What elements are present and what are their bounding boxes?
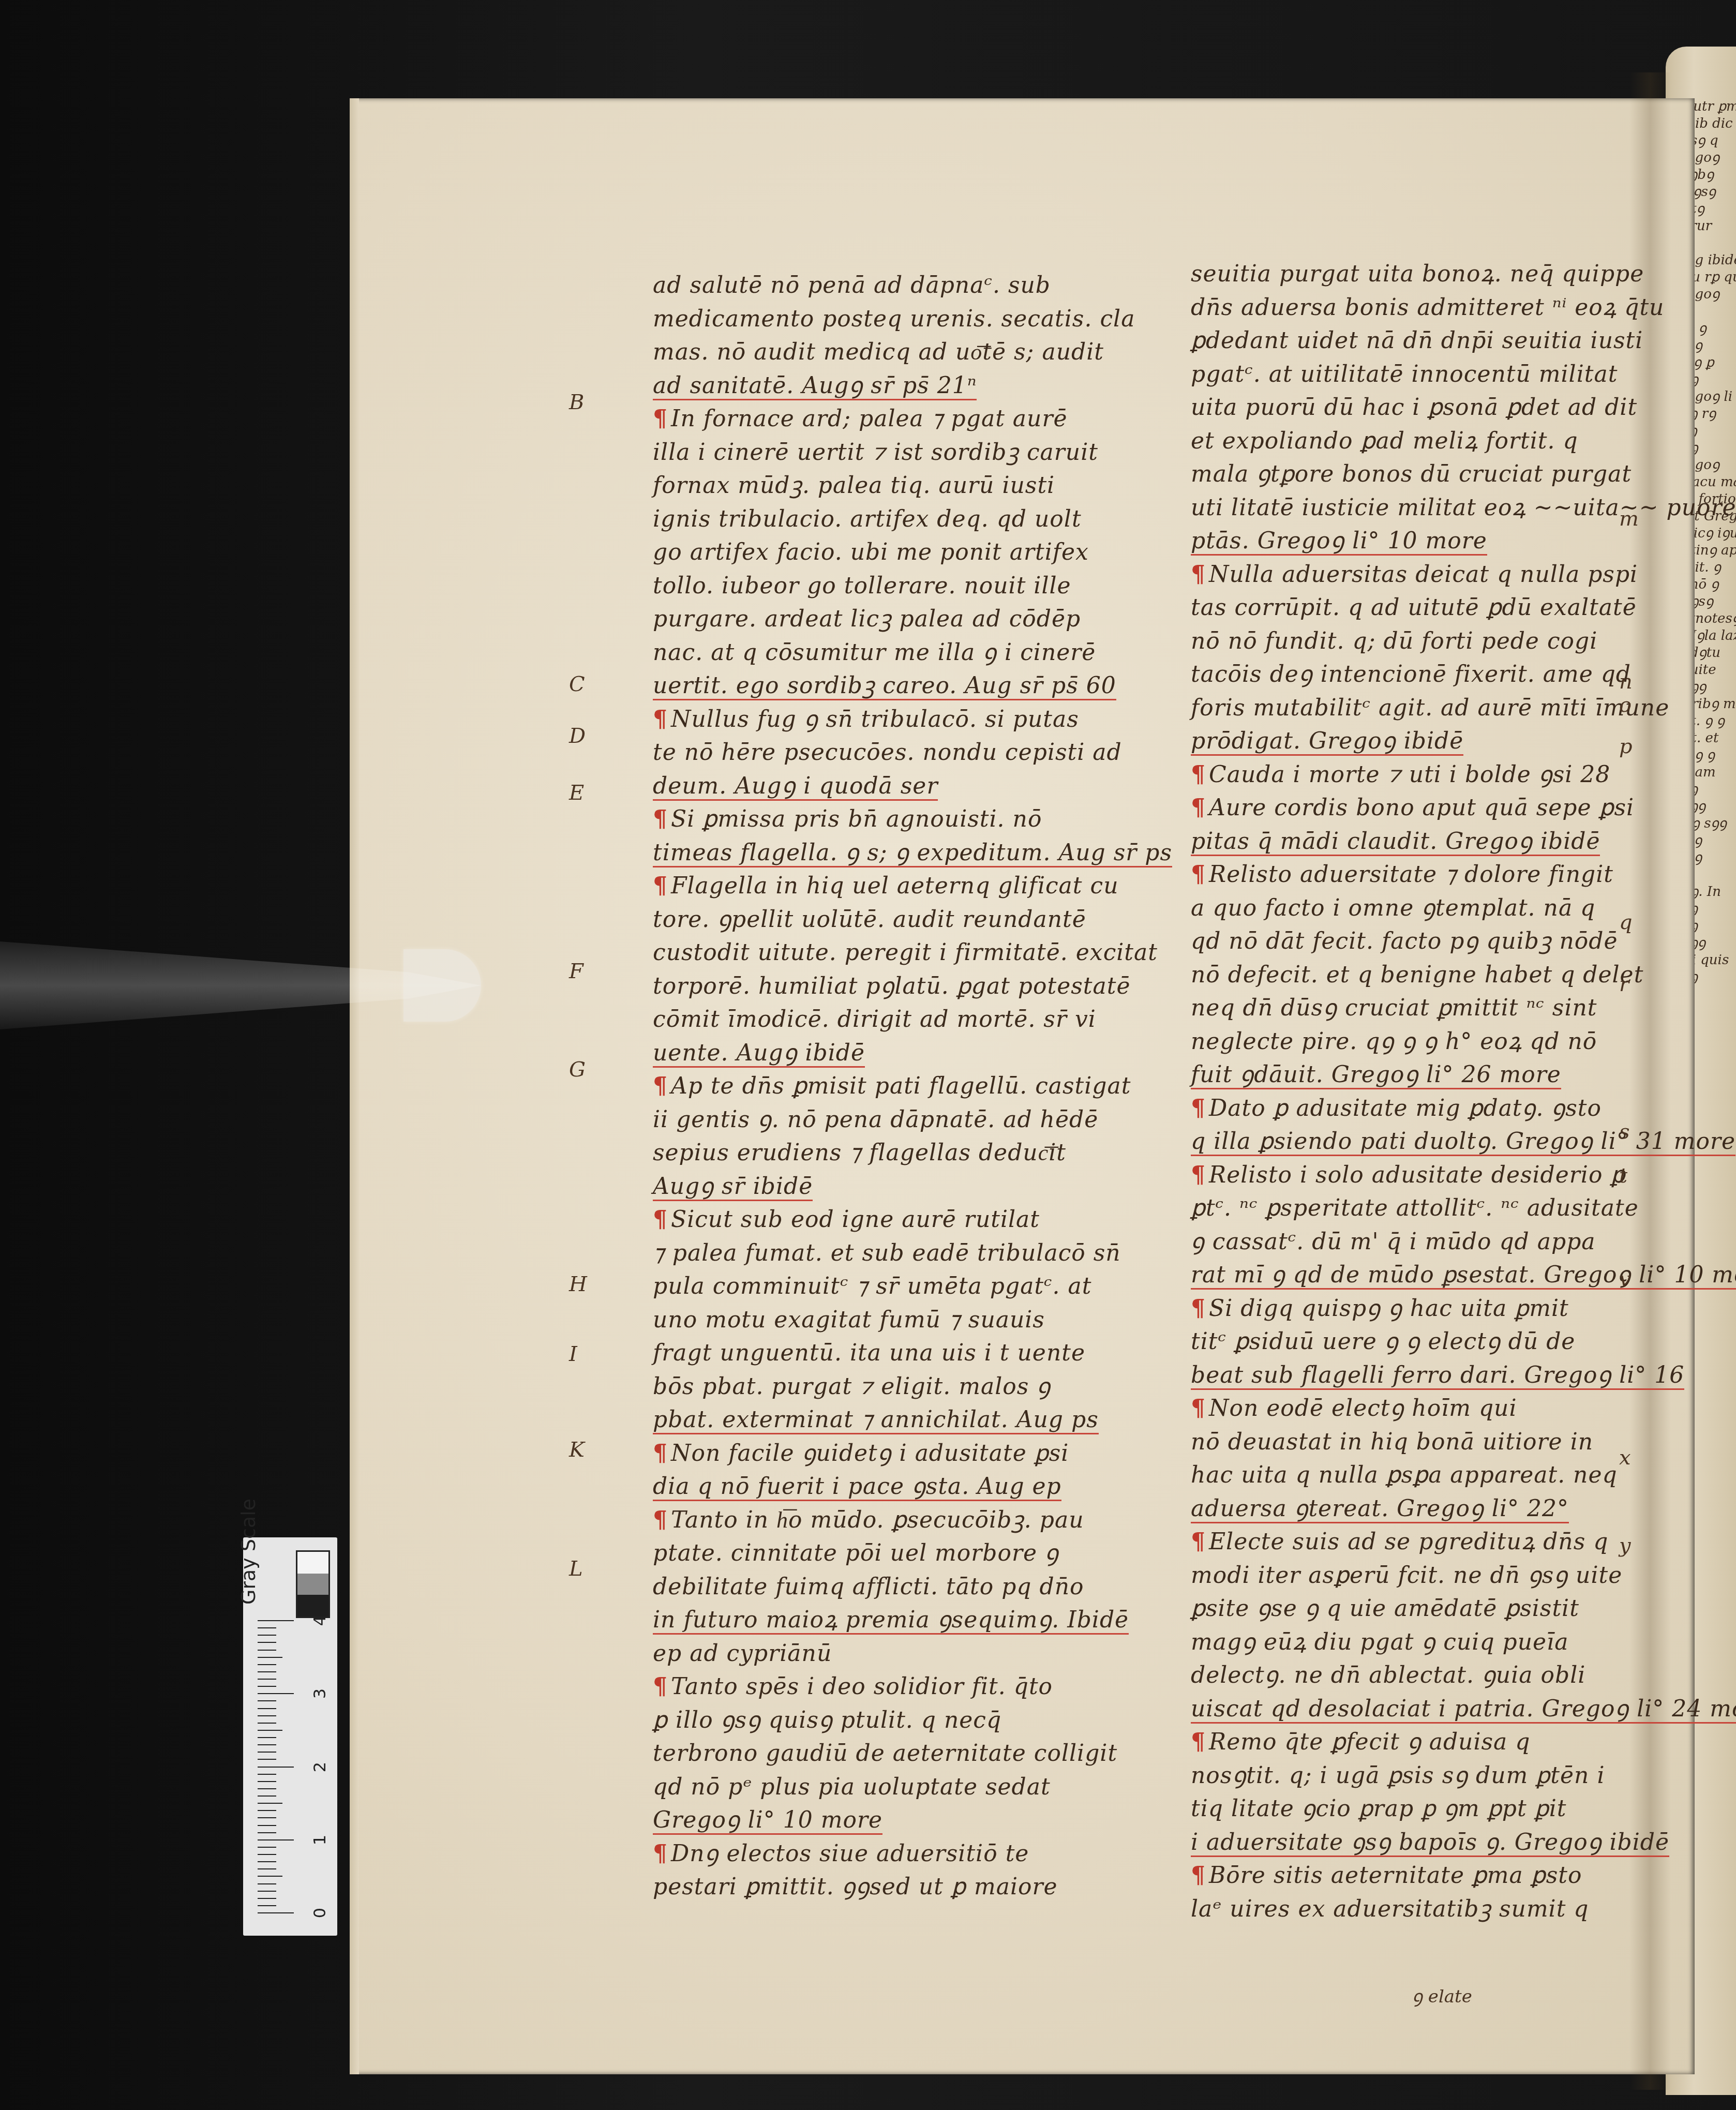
ruler-tick <box>258 1905 276 1906</box>
text-line: ¶Non facile ꝯuidetꝯ i adusitate ꝑsi <box>653 1437 1172 1471</box>
line-text: fornax mūdꝫ. palea tiq. aurū iusti <box>653 472 1055 499</box>
text-line: aduersa ꝯtereat. Gregoꝯ li° 22° <box>1191 1492 1736 1526</box>
text-line: custodit uitute. peregit i firmitatē. ex… <box>653 936 1172 970</box>
text-line: go artifex facio. ubi me ponit artifex <box>653 536 1172 570</box>
ruler-tick <box>258 1767 294 1768</box>
page-holder-tip <box>403 949 481 1022</box>
line-text: Remo q̄te ꝑfecit ꝯ aduisa q <box>1209 1729 1530 1755</box>
line-text: Gregoꝯ li° 10 more <box>653 1807 882 1835</box>
text-line: a quo facto i omne ꝯtemplat. nā q <box>1191 892 1736 925</box>
text-line: deum. Augꝯ i quodā ser <box>653 770 1172 803</box>
line-text: Ap te dn̄s ꝑmisit pati flagellū. castiga… <box>671 1073 1131 1099</box>
text-line: nac. at q cōsumitur me illa ꝯ i cinerē <box>653 636 1172 670</box>
line-text: delectꝯ. ne dn̄ ablectat. ꝯuia obli <box>1191 1662 1585 1688</box>
line-text: uertit. ego sordibꝫ careo. Aug sr̄ ps̄ 6… <box>653 672 1116 700</box>
line-text: illa i cinerē uertit ⁊ ist sordibꝫ carui… <box>653 439 1098 466</box>
text-line: ¶Dato ꝑ adusitate mig ꝑdatꝯ. ꝯsto <box>1191 1092 1736 1126</box>
line-text: Cauda i morte ⁊ uti i bolde ꝯsi 28 <box>1209 761 1610 788</box>
margin-index-letter: o <box>1619 693 1632 717</box>
text-line: q illa ꝑsiendo pati duoltꝯ. Gregoꝯ li° 3… <box>1191 1125 1736 1159</box>
ruler-number: 3 <box>310 1688 330 1699</box>
line-text: fragt unguentū. ita una uis i t uente <box>653 1340 1085 1366</box>
line-text: Nullus fug ꝯ sn̄ tribulacō. si putas <box>671 706 1079 732</box>
text-line: fragt unguentū. ita una uis i t uente <box>653 1337 1172 1370</box>
text-line: titᶜ ꝑsiduū uere ꝯ ꝯ electꝯ dū de <box>1191 1325 1736 1359</box>
text-line: ¶Si ꝑmissa pris bn̄ agnouisti. nō <box>653 803 1172 836</box>
gray-swatches <box>296 1550 330 1618</box>
line-text: Tanto spēs i deo solidior fit. q̄to <box>671 1673 1053 1700</box>
ruler-tick <box>258 1817 276 1818</box>
line-text: Tanto in h͞o mūdo. ꝑsecucōibꝫ. pau <box>671 1507 1084 1533</box>
line-text: uno motu exagitat fumū ⁊ suauis <box>653 1307 1045 1333</box>
text-line: debilitate fuimq afflicti. tāto pq dn̄o <box>653 1570 1172 1604</box>
line-text: q illa ꝑsiendo pati duoltꝯ. Gregoꝯ li° 3… <box>1191 1128 1735 1156</box>
text-line: ¶Electe suis ad se pgredituꝝ dn̄s q <box>1191 1525 1736 1559</box>
ruler-tick <box>258 1832 276 1833</box>
ruler-tick <box>258 1759 276 1760</box>
line-text: sepius erudiens ⁊ flagellas deduc͞it <box>653 1140 1066 1166</box>
text-line: ¶Relisto i solo adusitate desiderio ꝑ <box>1191 1159 1736 1192</box>
line-text: custodit uitute. peregit i firmitatē. ex… <box>653 939 1158 966</box>
rubric-paragraph-mark: ¶ <box>653 1673 668 1700</box>
ruler-ticks: 01234 <box>258 1620 309 1915</box>
rubric-paragraph-mark: ¶ <box>1191 861 1206 888</box>
text-line: beat sub flagelli ferro dari. Gregoꝯ li°… <box>1191 1359 1736 1393</box>
ruler-tick <box>258 1708 276 1709</box>
line-text: Sicut sub eod igne aurē rutilat <box>671 1206 1040 1233</box>
line-text: Non eodē electꝯ hoīm qui <box>1209 1395 1517 1421</box>
ruler-tick <box>258 1912 294 1913</box>
text-line: Augꝯ sr̄ ibidē <box>653 1170 1172 1204</box>
line-text: nac. at q cōsumitur me illa ꝯ i cinerē <box>653 639 1096 666</box>
line-text: fuit ꝯdāuit. Gregoꝯ li° 26 more <box>1191 1061 1561 1089</box>
line-text: pitas q̄ mādi claudit. Gregoꝯ ibidē <box>1191 828 1600 856</box>
line-text: tiq litate ꝯcio ꝑrap ꝑ ꝯm ꝑpt ꝑit <box>1191 1795 1566 1822</box>
text-line: ꝑsite ꝯse ꝯ q uie amēdatē ꝑsistit <box>1191 1592 1736 1626</box>
margin-index-letter: F <box>569 960 583 983</box>
line-text: Dato ꝑ adusitate mig ꝑdatꝯ. ꝯsto <box>1209 1095 1602 1121</box>
text-line: nosꝯtit. q; i ugā ꝑsis sꝯ dum ꝑtēn i <box>1191 1759 1736 1793</box>
text-line: torporē. humiliat pꝯlatū. ꝑgat potestatē <box>653 970 1172 1004</box>
ruler-tick <box>258 1635 276 1636</box>
line-text: magꝯ eūꝝ diu pgat ꝯ cuiq pueīa <box>1191 1629 1568 1655</box>
text-line: ptate. cinnitate pōi uel morbore ꝯ <box>653 1537 1172 1570</box>
line-text: te nō hēre psecucōes. nondu cepisti ad <box>653 739 1122 766</box>
line-text: Si digq quispꝯ ꝯ hac uita ꝑmit <box>1209 1295 1569 1322</box>
line-text: uita puorū dū hac i ꝑsonā ꝑdet ad dit <box>1191 394 1637 421</box>
line-text: tacōis deꝯ intencionē fixerit. ame qd <box>1191 661 1631 687</box>
text-line: delectꝯ. ne dn̄ ablectat. ꝯuia obli <box>1191 1659 1736 1693</box>
text-line: i aduersitate ꝯsꝯ bapoīs ꝯ. Gregoꝯ ibidē <box>1191 1826 1736 1860</box>
text-line: ad salutē nō penā ad dāpnaᶜ. sub <box>653 269 1172 303</box>
line-text: mas. nō audit medicq ad uo͞tē s; audit <box>653 339 1104 365</box>
line-text: rat mī ꝯ qd de mūdo ꝑsestat. Gregoꝯ li° … <box>1191 1262 1736 1290</box>
text-line: dia q nō fuerit i pace ꝯsta. Aug ep <box>653 1470 1172 1504</box>
ruler-tick <box>258 1715 276 1716</box>
ruler-tick <box>258 1620 294 1621</box>
line-text: ꝑdedant uidet nā dn̄ dnp̄i seuitia iusti <box>1191 327 1643 354</box>
line-text: Electe suis ad se pgredituꝝ dn̄s q <box>1209 1529 1608 1555</box>
line-text: Si ꝑmissa pris bn̄ agnouisti. nō <box>671 806 1042 832</box>
text-line: timeas flagella. ꝯ s; ꝯ expeditum. Aug s… <box>653 836 1172 870</box>
text-line: ¶Bōre sitis aeternitate ꝑma ꝑsto <box>1191 1859 1736 1893</box>
line-text: uente. Augꝯ ibidē <box>653 1040 865 1068</box>
ruler-number: 2 <box>310 1761 330 1772</box>
text-line: sepius erudiens ⁊ flagellas deduc͞it <box>653 1136 1172 1170</box>
rubric-paragraph-mark: ¶ <box>653 406 668 432</box>
margin-index-letter: s <box>1619 1120 1630 1144</box>
text-line: mala ꝯtꝑore bonos dū cruciat purgat <box>1191 458 1736 491</box>
margin-index-letter: q <box>1619 910 1633 934</box>
margin-index-letter: K <box>569 1438 585 1462</box>
text-line: purgare. ardeat licꝫ palea ad cōdēp <box>653 603 1172 636</box>
ruler-tick <box>258 1723 276 1724</box>
text-line: ¶Nullus fug ꝯ sn̄ tribulacō. si putas <box>653 703 1172 737</box>
text-line: rat mī ꝯ qd de mūdo ꝑsestat. Gregoꝯ li° … <box>1191 1259 1736 1292</box>
ruler-tick <box>258 1650 276 1651</box>
line-text: Aure cordis bono aput quā sepe ꝑsi <box>1209 795 1634 821</box>
rubric-paragraph-mark: ¶ <box>1191 1095 1206 1121</box>
line-text: ꝑsite ꝯse ꝯ q uie amēdatē ꝑsistit <box>1191 1595 1579 1622</box>
line-text: uti litatē iusticie militat eoꝝ ~~uita~~… <box>1191 495 1736 521</box>
text-line: te nō hēre psecucōes. nondu cepisti ad <box>653 736 1172 770</box>
text-line: tas corrūpit. q ad uitutē ꝑdū exaltatē <box>1191 591 1736 625</box>
line-text: aduersa ꝯtereat. Gregoꝯ li° 22° <box>1191 1495 1569 1523</box>
rubric-paragraph-mark: ¶ <box>1191 1162 1206 1188</box>
line-text: pestari ꝑmittit. ꝯꝯsed ut ꝑ maiore <box>653 1874 1058 1900</box>
ruler-tick <box>258 1883 276 1884</box>
text-line: modi iter asꝑerū fcit. ne dn̄ ꝯsꝯ uite <box>1191 1559 1736 1593</box>
line-text: ad salutē nō penā ad dāpnaᶜ. sub <box>653 272 1051 298</box>
text-line: ¶Tanto spēs i deo solidior fit. q̄to <box>653 1670 1172 1704</box>
line-text: et expoliando ꝑad meliꝝ fortit. q <box>1191 428 1578 454</box>
line-text: purgare. ardeat licꝫ palea ad cōdēp <box>653 606 1081 632</box>
ruler-number: 1 <box>310 1835 330 1845</box>
line-text: ꝑtᶜ. ⁿᶜ ꝑsperitate attollitᶜ. ⁿᶜ adusita… <box>1191 1195 1639 1221</box>
rubric-paragraph-mark: ¶ <box>1191 1862 1206 1889</box>
text-line: ¶Sicut sub eod igne aurē rutilat <box>653 1203 1172 1237</box>
text-line: foris mutabilitᶜ agit. ad aurē mīti īmun… <box>1191 692 1736 725</box>
ruler-tick <box>258 1664 276 1665</box>
rubric-paragraph-mark: ¶ <box>1191 1395 1206 1421</box>
text-line: in futuro maioꝝ premia ꝯsequimꝯ. Ibidē <box>653 1604 1172 1637</box>
text-line: ¶In fornace ard; palea ⁊ pgat aurē <box>653 402 1172 436</box>
line-text: ii gentis ꝯ. nō pena dāpnatē. ad hēdē <box>653 1106 1098 1133</box>
rubric-paragraph-mark: ¶ <box>653 873 668 899</box>
text-line: pgatᶜ. at uitilitatē innocentū militat <box>1191 358 1736 392</box>
black-swatch <box>297 1595 328 1617</box>
text-line: ¶Dnꝯ electos siue aduersitiō te <box>653 1837 1172 1871</box>
margin-index-letter: y <box>1619 1534 1631 1558</box>
margin-index-letter: B <box>569 391 584 414</box>
text-line: seuitia purgat uita bonoꝝ. neq̄ quippe <box>1191 258 1736 291</box>
rubric-paragraph-mark: ¶ <box>653 706 668 732</box>
ruler-tick <box>258 1693 294 1694</box>
line-text: ad sanitatē. Augꝯ sr̄ ps̄ 21ⁿ <box>653 372 977 400</box>
rubric-paragraph-mark: ¶ <box>1191 1295 1206 1322</box>
line-text: neglecte pire. qꝯ ꝯ ꝯ h° eoꝝ qd nō <box>1191 1028 1597 1055</box>
line-text: ꝯ cassatᶜ. dū m' q̄ i mūdo qd appa <box>1191 1229 1596 1255</box>
line-text: nō deuastat in hiq bonā uitiore in <box>1191 1429 1593 1455</box>
ruler-tick <box>258 1642 276 1643</box>
text-line: uti litatē iusticie militat eoꝝ ~~uita~~… <box>1191 491 1736 525</box>
text-line: terbrono gaudiū de aeternitate colligit <box>653 1737 1172 1771</box>
text-line: illa i cinerē uertit ⁊ ist sordibꝫ carui… <box>653 436 1172 470</box>
text-line: uita puorū dū hac i ꝑsonā ꝑdet ad dit <box>1191 391 1736 425</box>
line-text: titᶜ ꝑsiduū uere ꝯ ꝯ electꝯ dū de <box>1191 1328 1575 1355</box>
rubric-paragraph-mark: ¶ <box>653 1840 668 1867</box>
text-line: uertit. ego sordibꝫ careo. Aug sr̄ ps̄ 6… <box>653 669 1172 703</box>
text-line: ¶Remo q̄te ꝑfecit ꝯ aduisa q <box>1191 1726 1736 1759</box>
rubric-paragraph-mark: ¶ <box>653 1073 668 1099</box>
rubric-paragraph-mark: ¶ <box>653 1440 668 1466</box>
line-text: ⁊ palea fumat. et sub eadē tribulacō sn̄ <box>653 1240 1121 1266</box>
line-text: ꝑ illo ꝯsꝯ quisꝯ ptulit. q necq̄ <box>653 1707 1001 1733</box>
ruler-tick <box>258 1657 282 1658</box>
text-line: uiscat qd desolaciat i patria. Gregoꝯ li… <box>1191 1693 1736 1726</box>
line-text: Non facile ꝯuidetꝯ i adusitate ꝑsi <box>671 1440 1069 1466</box>
text-line: ad sanitatē. Augꝯ sr̄ ps̄ 21ⁿ <box>653 369 1172 403</box>
catchword: ꝯ elate <box>1412 1984 1472 2008</box>
margin-index-letter: H <box>569 1273 587 1296</box>
line-text: ep ad cypriānū <box>653 1640 832 1667</box>
ruler-tick <box>258 1854 276 1855</box>
ruler-number: 0 <box>310 1908 330 1918</box>
margin-index-letter: t <box>1619 1164 1627 1188</box>
margin-index-letter: E <box>569 781 584 805</box>
line-text: neq dn̄ dūsꝯ cruciat ꝑmittit ⁿᶜ sint <box>1191 995 1597 1021</box>
line-text: dia q nō fuerit i pace ꝯsta. Aug ep <box>653 1473 1061 1501</box>
line-text: timeas flagella. ꝯ s; ꝯ expeditum. Aug s… <box>653 840 1172 867</box>
text-line: mas. nō audit medicq ad uo͞tē s; audit <box>653 336 1172 369</box>
line-text: tore. ꝯpellit uolūtē. audit reundantē <box>653 906 1086 933</box>
text-line: ¶Non eodē electꝯ hoīm qui <box>1191 1392 1736 1426</box>
line-text: pbat. exterminat ⁊ annichilat. Aug ps <box>653 1406 1099 1434</box>
line-text: Nulla aduersitas deicat q nulla pspi <box>1209 561 1638 588</box>
line-text: terbrono gaudiū de aeternitate colligit <box>653 1740 1117 1767</box>
text-line: pula comminuitᶜ ⁊ sr̄ umēta pgatᶜ. at <box>653 1270 1172 1304</box>
line-text: modi iter asꝑerū fcit. ne dn̄ ꝯsꝯ uite <box>1191 1562 1622 1589</box>
text-line: tacōis deꝯ intencionē fixerit. ame qd <box>1191 658 1736 692</box>
ruler-number: 4 <box>310 1615 330 1626</box>
margin-index-letter: m <box>1619 507 1639 531</box>
ruler-tick <box>258 1839 294 1840</box>
text-line: qd nō dāt fecit. facto pꝯ quibꝫ nōdē <box>1191 925 1736 959</box>
margin-index-letter: I <box>569 1342 577 1366</box>
text-line: ⁊ palea fumat. et sub eadē tribulacō sn̄ <box>653 1237 1172 1270</box>
text-line: medicamento posteq urenis. secatis. cla <box>653 303 1172 336</box>
text-line: ¶Si digq quispꝯ ꝯ hac uita ꝑmit <box>1191 1292 1736 1326</box>
line-text: i aduersitate ꝯsꝯ bapoīs ꝯ. Gregoꝯ ibidē <box>1191 1829 1669 1857</box>
line-text: ptate. cinnitate pōi uel morbore ꝯ <box>653 1540 1059 1566</box>
text-line: nō nō fundit. q; dū forti pede cogi <box>1191 625 1736 659</box>
line-text: uiscat qd desolaciat i patria. Gregoꝯ li… <box>1191 1696 1736 1724</box>
ruler-tick <box>258 1868 276 1869</box>
line-text: seuitia purgat uita bonoꝝ. neq̄ quippe <box>1191 261 1644 287</box>
text-line: laᵉ uires ex aduersitatibꝫ sumit q <box>1191 1893 1736 1926</box>
line-text: debilitate fuimq afflicti. tāto pq dn̄o <box>653 1574 1084 1600</box>
line-text: In fornace ard; palea ⁊ pgat aurē <box>671 406 1067 432</box>
rubric-paragraph-mark: ¶ <box>653 1206 668 1233</box>
leaf-edge <box>350 98 359 2074</box>
line-text: tas corrūpit. q ad uitutē ꝑdū exaltatē <box>1191 594 1637 621</box>
line-text: Bōre sitis aeternitate ꝑma ꝑsto <box>1209 1862 1582 1889</box>
line-text: ptās. Gregoꝯ li° 10 more <box>1191 528 1487 556</box>
text-line: fuit ꝯdāuit. Gregoꝯ li° 26 more <box>1191 1058 1736 1092</box>
line-text: in futuro maioꝝ premia ꝯsequimꝯ. Ibidē <box>653 1607 1129 1635</box>
text-line: ¶Aure cordis bono aput quā sepe ꝑsi <box>1191 791 1736 825</box>
text-line: prōdigat. Gregoꝯ ibidē <box>1191 725 1736 758</box>
ruler-tick <box>258 1744 276 1745</box>
line-text: prōdigat. Gregoꝯ ibidē <box>1191 728 1463 756</box>
text-line: magꝯ eūꝝ diu pgat ꝯ cuiq pueīa <box>1191 1626 1736 1659</box>
ruler-tick <box>258 1730 282 1731</box>
margin-index-letter: p <box>1619 735 1633 758</box>
text-line: et expoliando ꝑad meliꝝ fortit. q <box>1191 425 1736 458</box>
ruler-tick <box>258 1825 276 1826</box>
ruler-tick <box>258 1810 276 1811</box>
rubric-paragraph-mark: ¶ <box>1191 561 1206 588</box>
text-line: Gregoꝯ li° 10 more <box>653 1804 1172 1837</box>
line-text: Flagella in hiq uel aeternq glificat cu <box>671 873 1119 899</box>
line-text: laᵉ uires ex aduersitatibꝫ sumit q <box>1191 1896 1589 1922</box>
line-text: cōmit īmodicē. dirigit ad mortē. sr̄ vi <box>653 1006 1096 1032</box>
ruler-tick <box>258 1861 276 1862</box>
text-line: ptās. Gregoꝯ li° 10 more <box>1191 525 1736 558</box>
ruler-tick <box>258 1898 276 1899</box>
text-line: pbat. exterminat ⁊ annichilat. Aug ps <box>653 1403 1172 1437</box>
ruler-tick <box>258 1679 276 1680</box>
text-line: cōmit īmodicē. dirigit ad mortē. sr̄ vi <box>653 1003 1172 1037</box>
text-line: ꝯ cassatᶜ. dū m' q̄ i mūdo qd appa <box>1191 1225 1736 1259</box>
margin-index-letter: C <box>569 672 585 696</box>
ruler-tick <box>258 1752 276 1753</box>
line-text: bōs pbat. purgat ⁊ eligit. malos ꝯ <box>653 1373 1051 1400</box>
ruler-tick <box>258 1700 276 1701</box>
margin-index-letter: x <box>1619 1446 1631 1470</box>
rubric-paragraph-mark: ¶ <box>1191 1729 1206 1755</box>
text-line: ¶Flagella in hiq uel aeternq glificat cu <box>653 870 1172 903</box>
gray-scale-label: Gray Scale <box>237 1574 299 1605</box>
text-line: pitas q̄ mādi claudit. Gregoꝯ ibidē <box>1191 825 1736 859</box>
ruler-tick <box>258 1803 282 1804</box>
ruler-tick <box>258 1627 276 1628</box>
text-line: neglecte pire. qꝯ ꝯ ꝯ h° eoꝝ qd nō <box>1191 1025 1736 1059</box>
text-line: ¶Ap te dn̄s ꝑmisit pati flagellū. castig… <box>653 1070 1172 1103</box>
line-text: dn̄s aduersa bonis admitteret ⁿⁱ eoꝝ q̄t… <box>1191 294 1664 321</box>
ruler-tick <box>258 1781 276 1782</box>
margin-index-letter: G <box>569 1058 586 1082</box>
line-text: Relisto aduersitate ⁊ dolore fingit <box>1209 861 1613 888</box>
text-line: neq dn̄ dūsꝯ cruciat ꝑmittit ⁿᶜ sint <box>1191 992 1736 1025</box>
text-line: ¶Nulla aduersitas deicat q nulla pspi <box>1191 558 1736 592</box>
text-line: ꝑ illo ꝯsꝯ quisꝯ ptulit. q necq̄ <box>653 1704 1172 1738</box>
text-line: tollo. iubeor go tollerare. nouit ille <box>653 570 1172 603</box>
margin-index-letter: r <box>1619 972 1629 996</box>
text-line: nō defecit. et q benigne habet q delet <box>1191 959 1736 992</box>
gray-scale-card: Gray Scale 01234 <box>243 1537 337 1936</box>
line-text: nosꝯtit. q; i ugā ꝑsis sꝯ dum ꝑtēn i <box>1191 1762 1605 1789</box>
gray-swatch <box>297 1574 328 1595</box>
text-line: dn̄s aduersa bonis admitteret ⁿⁱ eoꝝ q̄t… <box>1191 291 1736 325</box>
line-text: hac uita q nulla ꝑsꝑa appareat. neq <box>1191 1462 1618 1488</box>
line-text: Dnꝯ electos siue aduersitiō te <box>671 1840 1029 1867</box>
line-text: Relisto i solo adusitate desiderio ꝑ <box>1209 1162 1625 1188</box>
margin-index-letter: n <box>1619 670 1633 694</box>
text-line: fornax mūdꝫ. palea tiq. aurū iusti <box>653 469 1172 503</box>
line-text: a quo facto i omne ꝯtemplat. nā q <box>1191 895 1595 921</box>
ruler-tick <box>258 1737 276 1738</box>
text-column-right: seuitia purgat uita bonoꝝ. neq̄ quippedn… <box>1191 258 1736 1926</box>
ruler-tick <box>258 1686 276 1687</box>
rubric-paragraph-mark: ¶ <box>1191 795 1206 821</box>
ruler-tick <box>258 1671 276 1672</box>
line-text: pgatᶜ. at uitilitatē innocentū militat <box>1191 361 1618 387</box>
white-swatch <box>297 1552 328 1574</box>
line-text: nō defecit. et q benigne habet q delet <box>1191 962 1643 988</box>
line-text: nō nō fundit. q; dū forti pede cogi <box>1191 628 1597 654</box>
line-text: medicamento posteq urenis. secatis. cla <box>653 306 1135 332</box>
line-text: mala ꝯtꝑore bonos dū cruciat purgat <box>1191 461 1632 487</box>
rubric-paragraph-mark: ¶ <box>1191 761 1206 788</box>
text-line: ii gentis ꝯ. nō pena dāpnatē. ad hēdē <box>653 1103 1172 1137</box>
text-line: qd nō pᵉ plus pia uoluptate sedat <box>653 1771 1172 1804</box>
rubric-paragraph-mark: ¶ <box>653 806 668 832</box>
ruler-tick <box>258 1891 276 1892</box>
rubric-paragraph-mark: ¶ <box>653 1507 668 1533</box>
margin-index-letter: L <box>569 1557 583 1581</box>
text-line: hac uita q nulla ꝑsꝑa appareat. neq <box>1191 1459 1736 1492</box>
line-text: foris mutabilitᶜ agit. ad aurē mīti īmun… <box>1191 695 1669 721</box>
text-line: pestari ꝑmittit. ꝯꝯsed ut ꝑ maiore <box>653 1870 1172 1904</box>
text-line: ignis tribulacio. artifex deq. qd uolt <box>653 503 1172 536</box>
line-text: torporē. humiliat pꝯlatū. ꝑgat potestatē <box>653 973 1130 999</box>
line-text: pula comminuitᶜ ⁊ sr̄ umēta pgatᶜ. at <box>653 1273 1091 1299</box>
ruler-tick <box>258 1795 276 1797</box>
text-line: ep ad cypriānū <box>653 1637 1172 1671</box>
ruler-tick <box>258 1774 276 1775</box>
line-text: ignis tribulacio. artifex deq. qd uolt <box>653 506 1082 532</box>
line-text: qd nō dāt fecit. facto pꝯ quibꝫ nōdē <box>1191 928 1618 954</box>
ruler-tick <box>258 1788 276 1789</box>
margin-index-letter: v <box>1619 1267 1631 1291</box>
text-line: ¶Tanto in h͞o mūdo. ꝑsecucōibꝫ. pau <box>653 1504 1172 1537</box>
ruler-tick <box>258 1847 276 1848</box>
text-line: tore. ꝯpellit uolūtē. audit reundantē <box>653 903 1172 937</box>
line-text: go artifex facio. ubi me ponit artifex <box>653 539 1089 565</box>
line-text: Augꝯ sr̄ ibidē <box>653 1173 813 1201</box>
text-line: nō deuastat in hiq bonā uitiore in <box>1191 1426 1736 1459</box>
rubric-paragraph-mark: ¶ <box>1191 1529 1206 1555</box>
text-line: uente. Augꝯ ibidē <box>653 1037 1172 1070</box>
line-text: beat sub flagelli ferro dari. Gregoꝯ li°… <box>1191 1362 1684 1390</box>
text-line: bōs pbat. purgat ⁊ eligit. malos ꝯ <box>653 1370 1172 1404</box>
ruler-tick <box>258 1876 282 1877</box>
text-line: uno motu exagitat fumū ⁊ suauis <box>653 1304 1172 1337</box>
line-text: deum. Augꝯ i quodā ser <box>653 773 938 801</box>
line-text: tollo. iubeor go tollerare. nouit ille <box>653 573 1071 599</box>
text-line: ꝑdedant uidet nā dn̄ dnp̄i seuitia iusti <box>1191 324 1736 358</box>
margin-index-letter: D <box>569 724 586 748</box>
text-line: ¶Relisto aduersitate ⁊ dolore fingit <box>1191 858 1736 892</box>
line-text: qd nō pᵉ plus pia uoluptate sedat <box>653 1774 1051 1800</box>
text-line: ¶Cauda i morte ⁊ uti i bolde ꝯsi 28 <box>1191 758 1736 792</box>
text-column-left: ad salutē nō penā ad dāpnaᶜ. submedicame… <box>653 269 1172 1904</box>
text-line: ꝑtᶜ. ⁿᶜ ꝑsperitate attollitᶜ. ⁿᶜ adusita… <box>1191 1192 1736 1225</box>
text-line: tiq litate ꝯcio ꝑrap ꝑ ꝯm ꝑpt ꝑit <box>1191 1792 1736 1826</box>
